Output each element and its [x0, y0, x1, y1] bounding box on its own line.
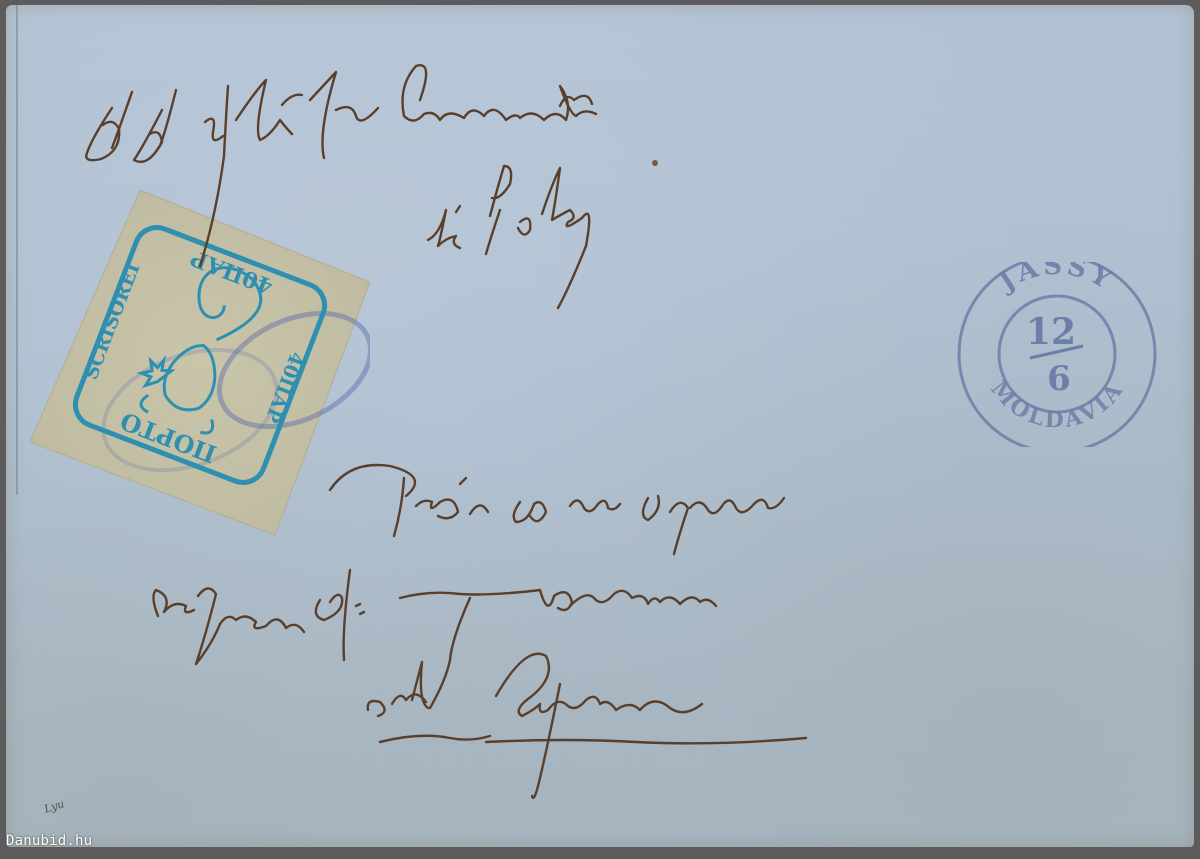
stamp-icon: ПОРТО 40ПАР 40ПАР SCRISOREI — [30, 190, 370, 535]
watermark: Danubid.hu — [6, 833, 92, 849]
svg-text:6: 6 — [1047, 359, 1071, 399]
jassy-postmark: JASSY MOLDAVIA 12 6 — [955, 262, 1160, 447]
postage-stamp: ПОРТО 40ПАР 40ПАР SCRISOREI — [30, 190, 370, 535]
svg-text:12: 12 — [1026, 311, 1076, 353]
fold-line — [6, 5, 18, 495]
